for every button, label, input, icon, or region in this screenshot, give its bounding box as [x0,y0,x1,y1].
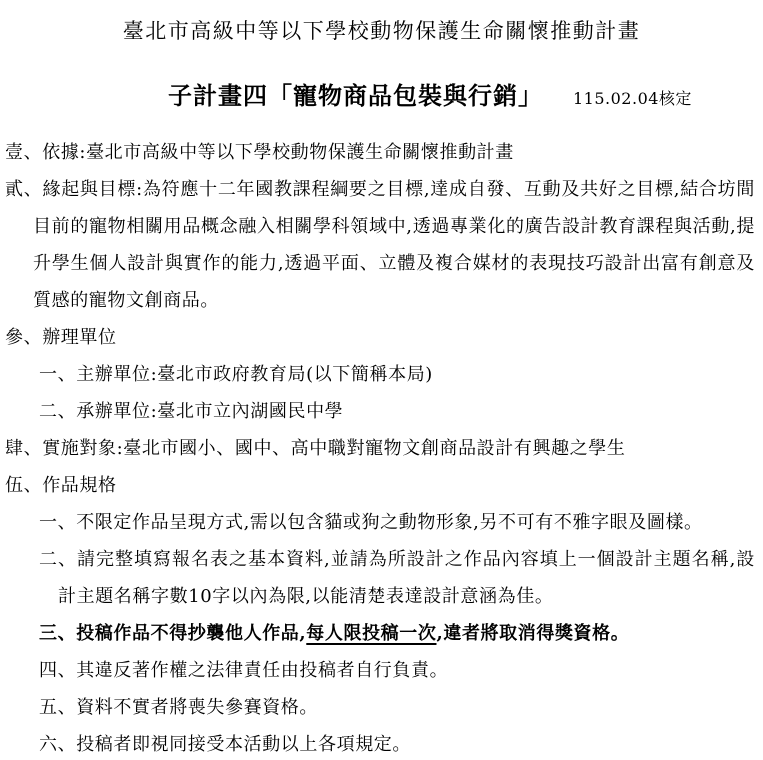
text-run: 依據:臺北市高級中等以下學校動物保護生命關懷推動計畫 [42,142,514,163]
item-label: 肆、 [5,438,42,459]
item-label: 四、 [39,660,76,681]
approval-date: 115.02.04核定 [573,86,692,109]
section-item: 壹、依據:臺北市高級中等以下學校動物保護生命關懷推動計畫 [0,134,755,171]
section-item: 伍、作品規格 [0,467,755,504]
section-item: 參、辦理單位 [0,319,755,356]
item-label: 三、 [39,623,76,644]
document-title: 臺北市高級中等以下學校動物保護生命關懷推動計畫 [0,0,763,46]
sub-item: 二、承辦單位:臺北市立內湖國民中學 [0,393,755,430]
sub-item: 六、投稿者即視同接受本活動以上各項規定。 [0,726,755,760]
item-label: 一、 [39,364,76,385]
sub-item: 二、請完整填寫報名表之基本資料,並請為所設計之作品內容填上一個設計主題名稱,設計… [0,541,755,615]
item-label: 二、 [39,401,76,422]
subtitle-row: 子計畫四「寵物商品包裝與行銷」 115.02.04核定 [168,80,763,112]
text-run: ,違者將取消得獎資格。 [436,623,629,644]
text-run: 主辦單位:臺北市政府教育局(以下簡稱本局) [76,364,433,385]
subplan-title: 子計畫四「寵物商品包裝與行銷」 [168,80,543,112]
text-run: 投稿作品不得抄襲他人作品, [76,623,306,644]
document-body: 壹、依據:臺北市高級中等以下學校動物保護生命關懷推動計畫貳、緣起與目標:為符應十… [0,134,763,760]
sub-item: 三、投稿作品不得抄襲他人作品,每人限投稿一次,違者將取消得獎資格。 [0,615,755,652]
item-label: 伍、 [5,475,42,496]
item-label: 六、 [39,734,76,755]
section-item: 肆、實施對象:臺北市國小、國中、高中職對寵物文創商品設計有興趣之學生 [0,430,755,467]
item-label: 壹、 [5,142,42,163]
underlined-text-run: 每人限投稿一次 [306,623,436,644]
text-run: 請完整填寫報名表之基本資料,並請為所設計之作品內容填上一個設計主題名稱,設計主題… [58,549,755,607]
item-label: 參、 [5,327,42,348]
item-label: 二、 [39,549,77,570]
text-run: 緣起與目標:為符應十二年國教課程綱要之目標,達成自發、互動及共好之目標,結合坊間… [33,179,755,311]
sub-item: 四、其違反著作權之法律責任由投稿者自行負責。 [0,652,755,689]
text-run: 資料不實者將喪失參賽資格。 [76,697,318,718]
sub-item: 一、主辦單位:臺北市政府教育局(以下簡稱本局) [0,356,755,393]
text-run: 承辦單位:臺北市立內湖國民中學 [76,401,343,422]
sub-item: 一、不限定作品呈現方式,需以包含貓或狗之動物形象,另不可有不雅字眼及圖樣。 [0,504,755,541]
sub-item: 五、資料不實者將喪失參賽資格。 [0,689,755,726]
text-run: 其違反著作權之法律責任由投稿者自行負責。 [76,660,448,681]
text-run: 實施對象:臺北市國小、國中、高中職對寵物文創商品設計有興趣之學生 [42,438,625,459]
section-item: 貳、緣起與目標:為符應十二年國教課程綱要之目標,達成自發、互動及共好之目標,結合… [0,171,755,319]
item-label: 貳、 [5,179,42,200]
text-run: 作品規格 [42,475,116,496]
item-label: 一、 [39,512,76,533]
text-run: 不限定作品呈現方式,需以包含貓或狗之動物形象,另不可有不雅字眼及圖樣。 [76,512,702,533]
text-run: 辦理單位 [42,327,116,348]
text-run: 投稿者即視同接受本活動以上各項規定。 [76,734,411,755]
item-label: 五、 [39,697,76,718]
document-page: 臺北市高級中等以下學校動物保護生命關懷推動計畫 子計畫四「寵物商品包裝與行銷」 … [0,0,763,760]
